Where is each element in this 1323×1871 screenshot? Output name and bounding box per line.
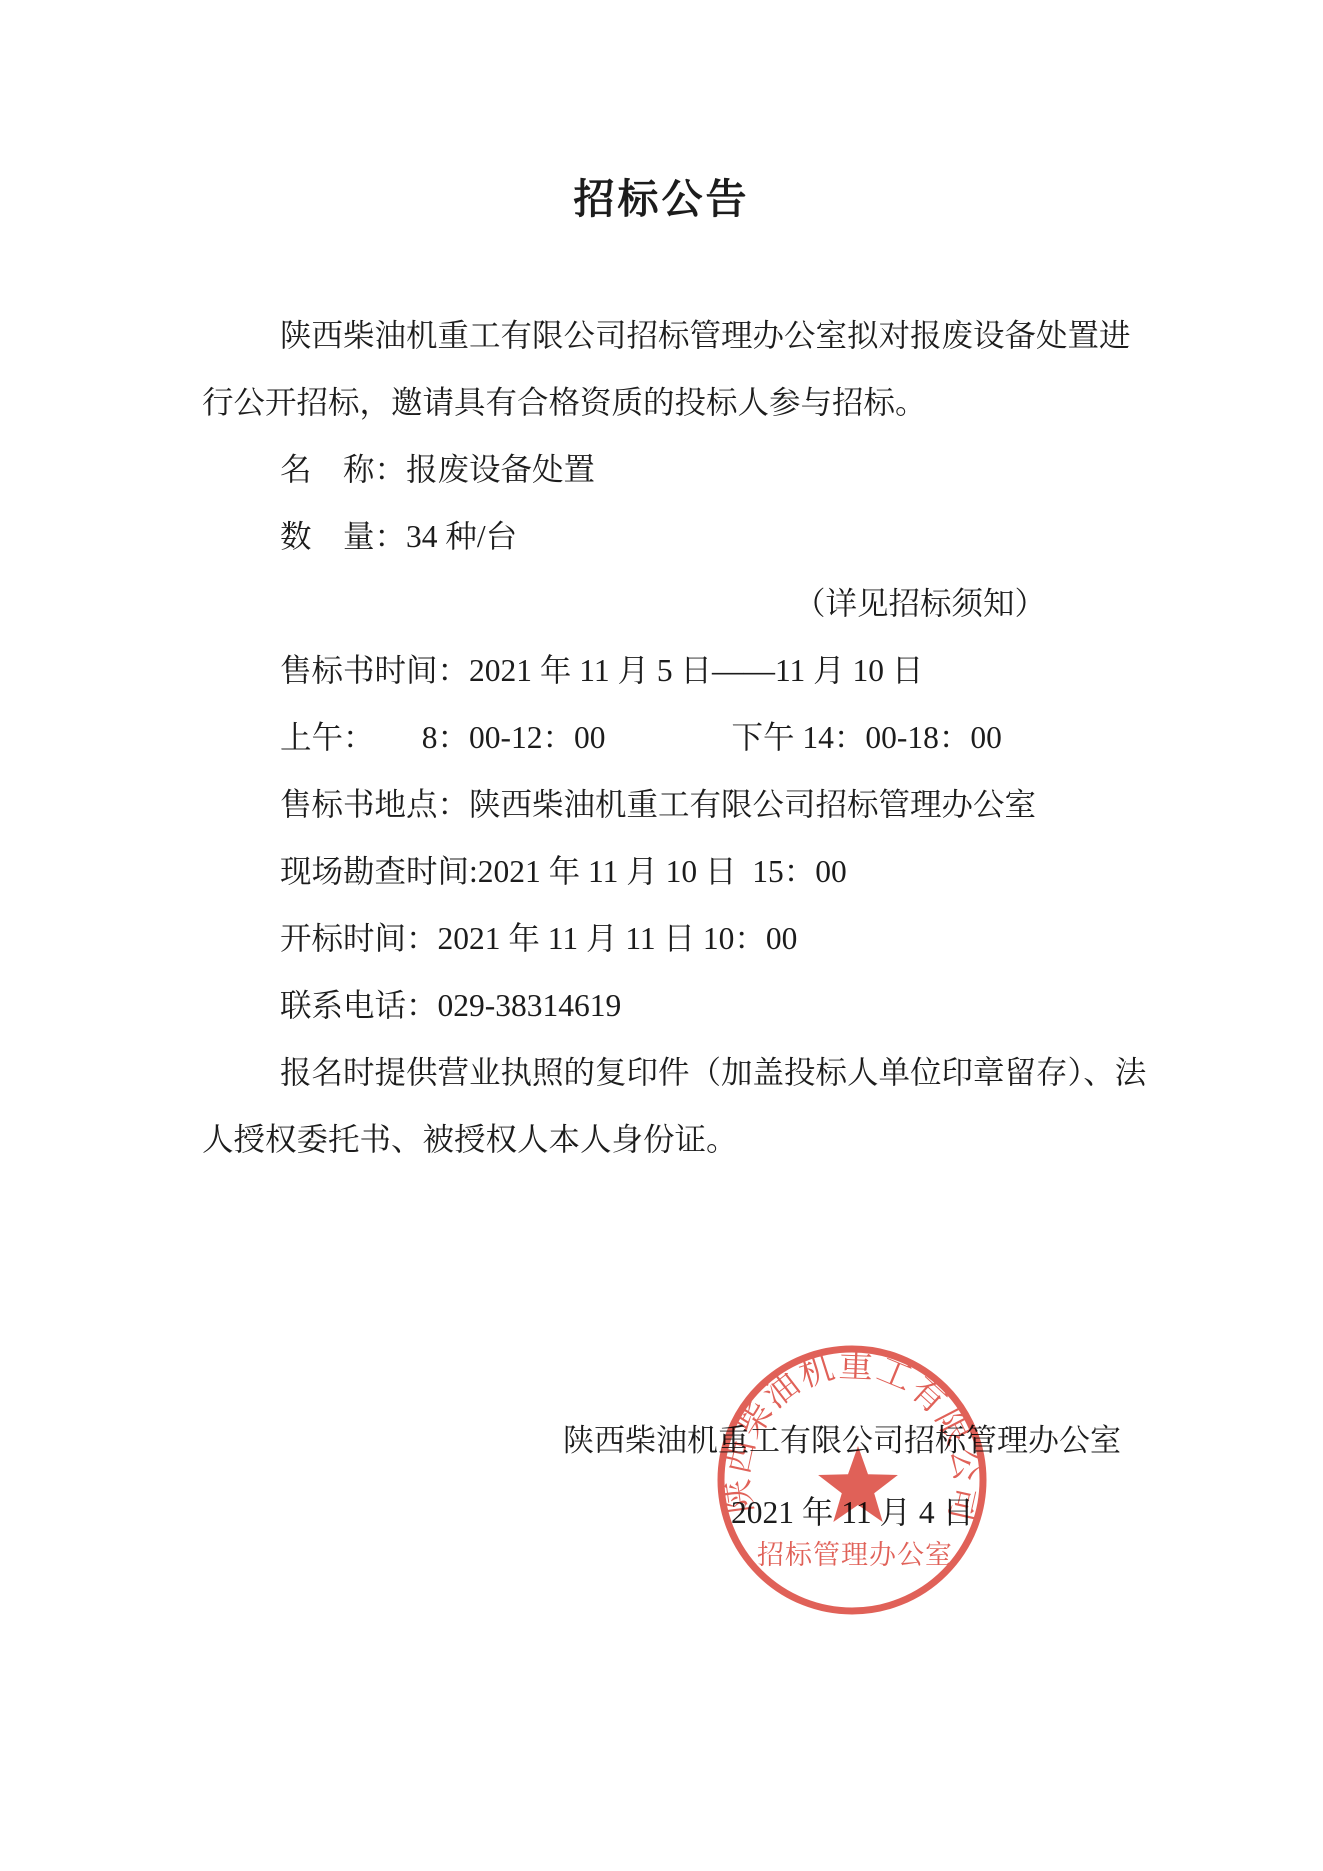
- paragraph-line: 行公开招标，邀请具有合格资质的投标人参与招标。: [202, 369, 1132, 436]
- official-seal-stamp: 陕西柴油机重工有限公司 招标管理办公室: [692, 1320, 1012, 1640]
- site-survey-line: 现场勘查时间:2021 年 11 月 10 日 15：00: [202, 838, 1132, 905]
- document-body: 陕西柴油机重工有限公司招标管理办公室拟对报废设备处置进 行公开招标，邀请具有合格…: [202, 302, 1132, 1173]
- bid-opening-line: 开标时间：2021 年 11 月 11 日 10：00: [202, 905, 1132, 972]
- registration-line: 报名时提供营业执照的复印件（加盖投标人单位印章留存）、法: [202, 1039, 1132, 1106]
- document-title: 招标公告: [0, 166, 1323, 225]
- sale-time-line: 售标书时间：2021 年 11 月 5 日——11 月 10 日: [202, 637, 1132, 704]
- paragraph-line: 陕西柴油机重工有限公司招标管理办公室拟对报废设备处置进: [202, 302, 1132, 369]
- document-page: 招标公告 陕西柴油机重工有限公司招标管理办公室拟对报废设备处置进 行公开招标，邀…: [0, 0, 1323, 1871]
- registration-line: 人授权委托书、被授权人本人身份证。: [202, 1106, 1132, 1173]
- item-name-line: 名 称：报废设备处置: [202, 436, 1132, 503]
- star-icon: [818, 1446, 898, 1522]
- item-quantity-line: 数 量：34 种/台: [202, 503, 1132, 570]
- hours-line: 上午： 8：00-12：00 下午 14：00-18：00: [202, 704, 1132, 771]
- see-notice-line: （详见招标须知）: [202, 570, 1132, 637]
- seal-bottom-text: 招标管理办公室: [757, 1540, 953, 1570]
- phone-line: 联系电话：029-38314619: [202, 972, 1132, 1039]
- sale-place-line: 售标书地点：陕西柴油机重工有限公司招标管理办公室: [202, 771, 1132, 838]
